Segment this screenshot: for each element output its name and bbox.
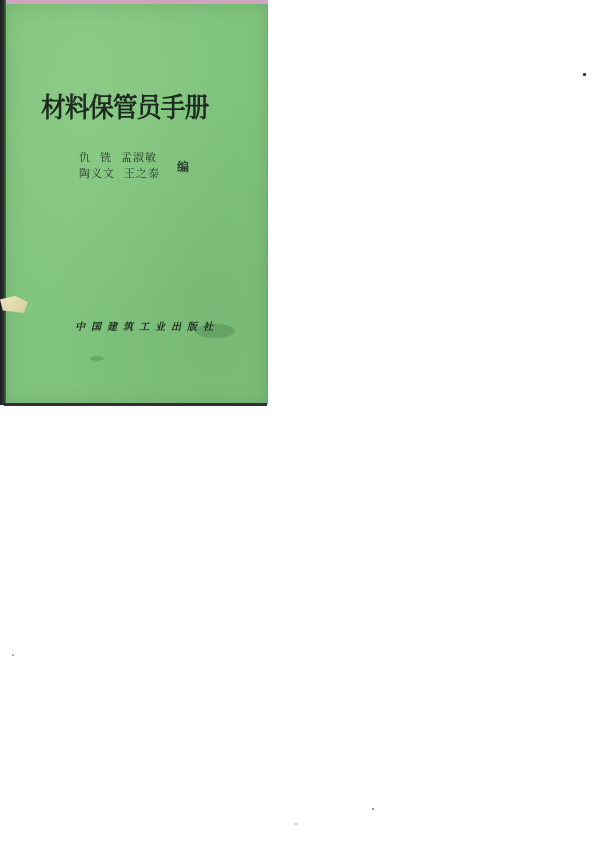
scan-speck xyxy=(583,73,586,76)
cover-smudge xyxy=(90,356,104,361)
author-row-2: 陶义文 王之泰 xyxy=(79,166,160,182)
publisher-name: 中国建筑工业出版社 xyxy=(75,318,219,333)
book-cover xyxy=(5,4,268,404)
author-row-1: 仇 铣 孟淑敏 xyxy=(79,150,160,166)
cover-bottom-edge xyxy=(4,403,267,406)
scan-speck xyxy=(295,823,297,825)
book-spine-edge xyxy=(0,0,6,405)
book-title: 材料保管员手册 xyxy=(41,86,216,125)
editor-role-label: 编 xyxy=(177,158,189,175)
scan-page: 材料保管员手册 仇 铣 孟淑敏 陶义文 王之泰 编 中国建筑工业出版社 xyxy=(0,0,592,841)
scan-speck xyxy=(12,654,14,656)
scan-speck xyxy=(372,808,374,810)
author-list: 仇 铣 孟淑敏 陶义文 王之泰 xyxy=(79,150,160,182)
